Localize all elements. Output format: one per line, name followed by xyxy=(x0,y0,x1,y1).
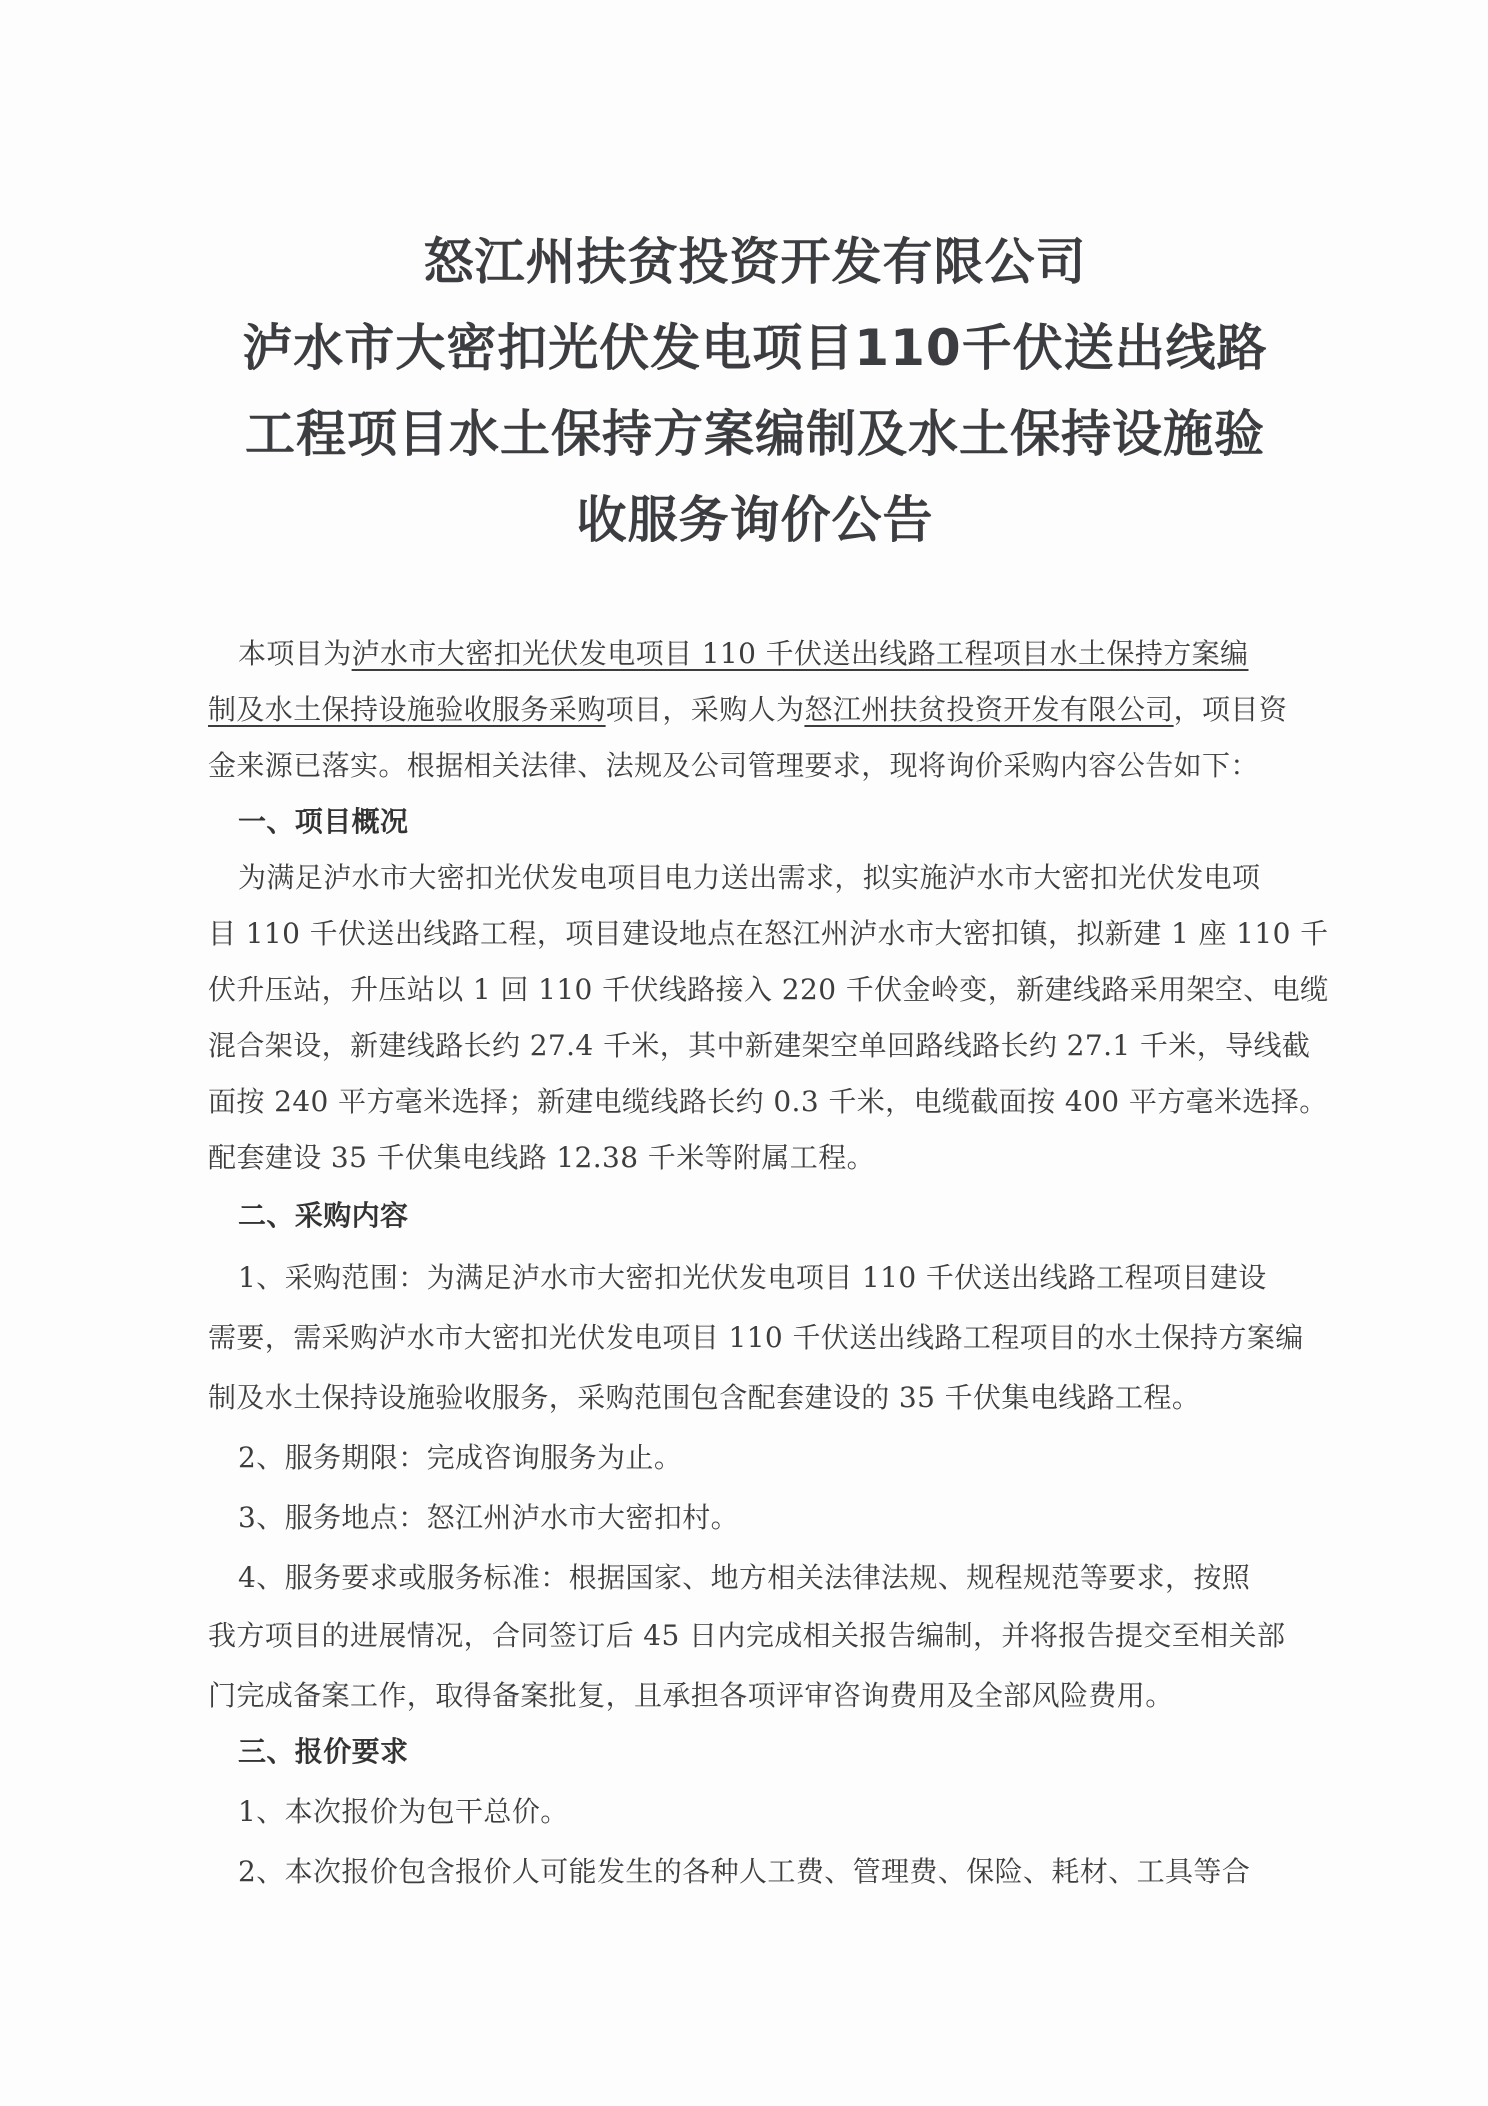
section-1-line: 配套建设 35 千伏集电线路 12.38 千米等附属工程。 xyxy=(208,1138,1318,1178)
intro-suffix: ，项目资 xyxy=(1174,693,1288,726)
project-name-underlined: 泸水市大密扣光伏发电项目 110 千伏送出线路工程项目水土保持方案编 xyxy=(352,637,1249,670)
section-1-line: 面按 240 平方毫米选择；新建电缆线路长约 0.3 千米，电缆截面按 400 … xyxy=(208,1082,1318,1122)
section-3-line: 2、本次报价包含报价人可能发生的各种人工费、管理费、保险、耗材、工具等合 xyxy=(238,1852,1348,1892)
intro-prefix: 本项目为 xyxy=(238,637,352,670)
section-1-line: 混合架设，新建线路长约 27.4 千米，其中新建架空单回路线路长约 27.1 千… xyxy=(208,1026,1318,1066)
section-3-line: 1、本次报价为包干总价。 xyxy=(238,1792,1348,1832)
title-project-line-1: 泸水市大密扣光伏发电项目110千伏送出线路 xyxy=(180,318,1330,378)
title-company: 怒江州扶贫投资开发有限公司 xyxy=(180,232,1330,292)
title-project-line-2: 工程项目水土保持方案编制及水土保持设施验 xyxy=(180,404,1330,464)
section-1-heading: 一、项目概况 xyxy=(238,802,1348,842)
title-project-line-3: 收服务询价公告 xyxy=(180,490,1330,550)
section-2-heading: 二、采购内容 xyxy=(238,1196,1348,1236)
section-2-line: 需要，需采购泸水市大密扣光伏发电项目 110 千伏送出线路工程项目的水土保持方案… xyxy=(208,1318,1318,1358)
section-2-line: 1、采购范围：为满足泸水市大密扣光伏发电项目 110 千伏送出线路工程项目建设 xyxy=(238,1258,1348,1298)
project-name-underlined-cont: 制及水土保持设施验收服务采购 xyxy=(208,693,606,726)
section-1-line: 伏升压站，升压站以 1 回 110 千伏线路接入 220 千伏金岭变，新建线路采… xyxy=(208,970,1318,1010)
intro-mid: 项目，采购人为 xyxy=(606,693,805,726)
section-2-line: 门完成备案工作，取得备案批复，且承担各项评审咨询费用及全部风险费用。 xyxy=(208,1676,1318,1716)
section-2-line: 我方项目的进展情况，合同签订后 45 日内完成相关报告编制，并将报告提交至相关部 xyxy=(208,1616,1318,1656)
section-1-line: 目 110 千伏送出线路工程，项目建设地点在怒江州泸水市大密扣镇，拟新建 1 座… xyxy=(208,914,1318,954)
purchaser-underlined: 怒江州扶贫投资开发有限公司 xyxy=(804,693,1173,726)
section-2-line: 3、服务地点：怒江州泸水市大密扣村。 xyxy=(238,1498,1348,1538)
intro-line-1: 本项目为泸水市大密扣光伏发电项目 110 千伏送出线路工程项目水土保持方案编 xyxy=(238,634,1348,674)
intro-line-2: 制及水土保持设施验收服务采购项目，采购人为怒江州扶贫投资开发有限公司，项目资 xyxy=(208,690,1318,730)
document-page: 怒江州扶贫投资开发有限公司 泸水市大密扣光伏发电项目110千伏送出线路 工程项目… xyxy=(0,0,1488,2106)
section-2-line: 4、服务要求或服务标准：根据国家、地方相关法律法规、规程规范等要求，按照 xyxy=(238,1558,1348,1598)
section-1-line: 为满足泸水市大密扣光伏发电项目电力送出需求，拟实施泸水市大密扣光伏发电项 xyxy=(238,858,1348,898)
section-2-line: 制及水土保持设施验收服务，采购范围包含配套建设的 35 千伏集电线路工程。 xyxy=(208,1378,1318,1418)
section-3-heading: 三、报价要求 xyxy=(238,1732,1348,1772)
intro-line-3: 金来源已落实。根据相关法律、法规及公司管理要求，现将询价采购内容公告如下： xyxy=(208,746,1318,786)
section-2-line: 2、服务期限：完成咨询服务为止。 xyxy=(238,1438,1348,1478)
